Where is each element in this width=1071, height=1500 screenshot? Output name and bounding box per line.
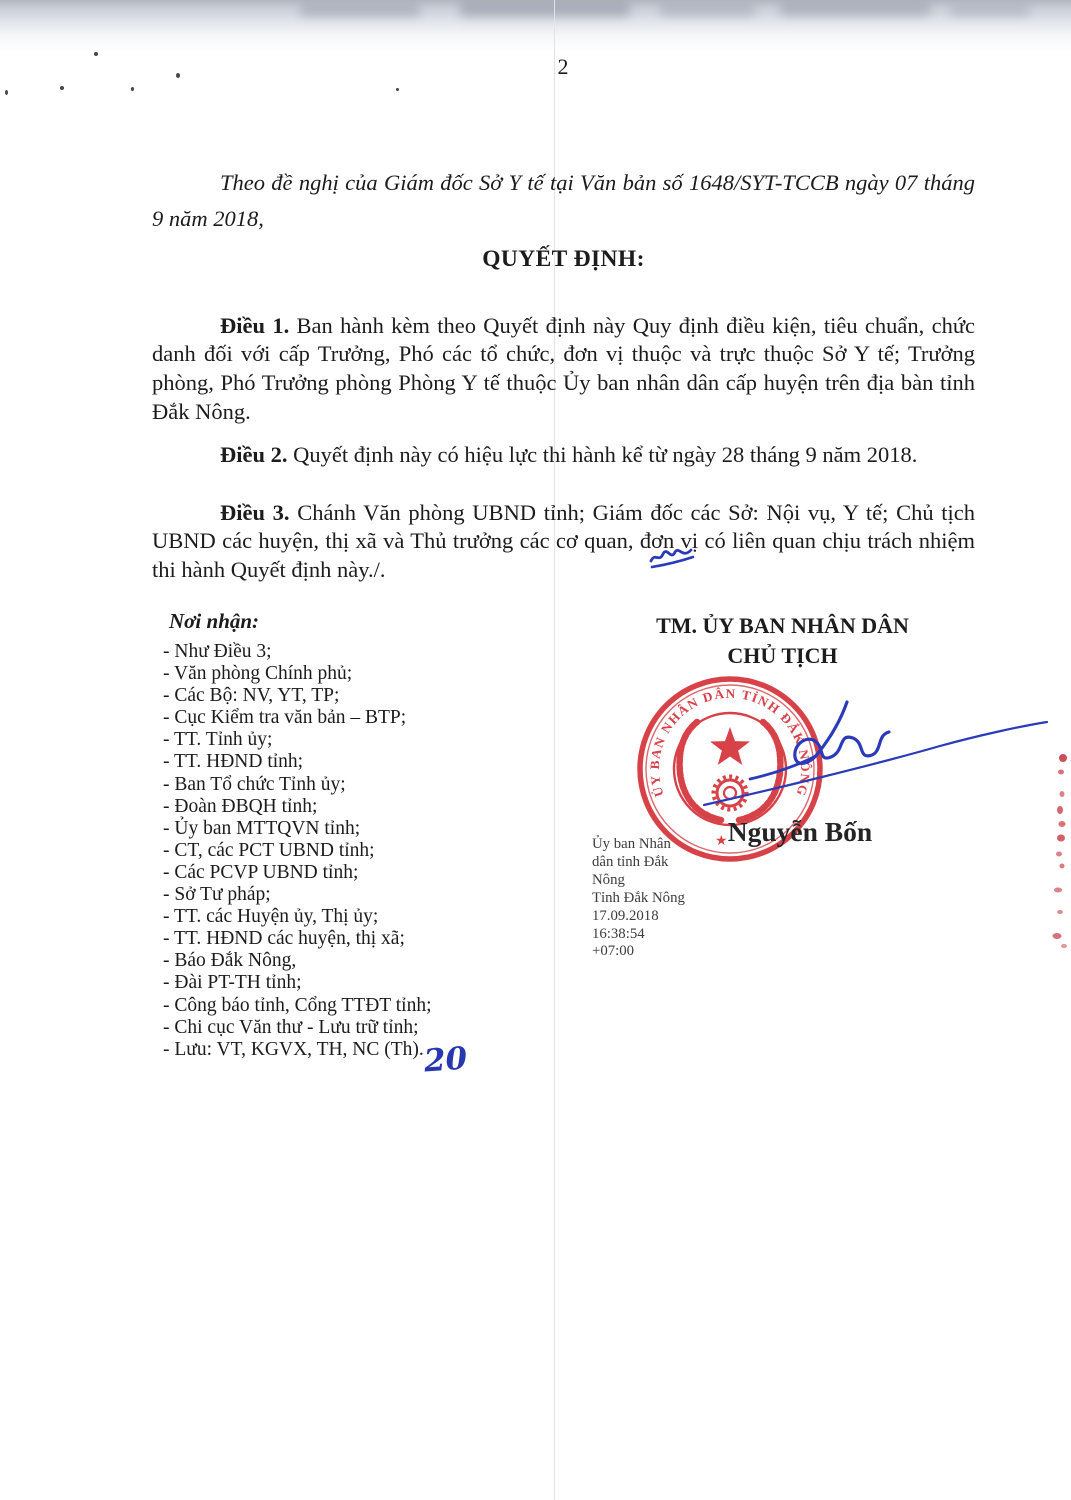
bleedthrough-smudge [300,4,420,17]
stamp-line: 16:38:54 [592,926,685,944]
article-3-paragraph: Điều 3. Chánh Văn phòng UBND tỉnh; Giám … [152,499,975,585]
handwritten-copy-count: 20 [423,1041,469,1080]
recipient-item: - Cục Kiểm tra văn bản – BTP; [163,707,503,729]
stamp-line: Ủy ban Nhân [592,836,685,854]
recipient-item: - Báo Đắk Nông, [163,950,503,972]
stamp-line: Tỉnh Đắk Nông [592,890,685,908]
recipient-item: - Ủy ban MTTQVN tỉnh; [163,818,503,840]
digital-signature-stamp: Ủy ban Nhân dân tỉnh Đắk Nông Tỉnh Đắk N… [592,836,685,961]
recipient-item: - Đài PT-TH tỉnh; [163,972,503,994]
recipient-item: - Sở Tư pháp; [163,884,503,906]
recipient-item: - CT, các PCT UBND tỉnh; [163,840,503,862]
article-2-text: Quyết định này có hiệu lực thi hành kể t… [288,442,918,467]
recipient-item: - Công báo tỉnh, Cổng TTĐT tỉnh; [163,995,503,1017]
recipients-list: - Như Điều 3;- Văn phòng Chính phủ;- Các… [163,641,503,1061]
dust-speck [176,73,180,78]
bleedthrough-smudge [460,2,630,17]
recipient-item: - Chi cục Văn thư - Lưu trữ tỉnh; [163,1017,503,1039]
dust-speck [94,52,98,56]
recipient-item: - TT. HĐND các huyện, thị xã; [163,928,503,950]
handwritten-signature [610,658,1070,833]
pen-initials-mark [648,543,700,575]
dust-speck [131,87,134,91]
stamp-line: 17.09.2018 [592,908,685,926]
dust-speck [5,90,8,95]
bleedthrough-smudge [660,5,755,16]
recipient-item: - TT. HĐND tỉnh; [163,751,503,773]
recipient-item: - TT. Tỉnh ủy; [163,729,503,751]
bleedthrough-smudge [950,6,1030,16]
dust-speck [60,86,64,90]
stamp-line: Nông [592,872,685,890]
intro-paragraph: Theo đề nghị của Giám đốc Sở Y tế tại Vă… [152,165,975,237]
decision-heading: QUYẾT ĐỊNH: [152,246,975,273]
recipient-item: - Các Bộ: NV, YT, TP; [163,685,503,707]
article-2-label: Điều 2. [220,442,288,467]
authority-line: TM. ỦY BAN NHÂN DÂN [600,611,965,641]
recipient-item: - TT. các Huyện ủy, Thị ủy; [163,906,503,928]
article-1-paragraph: Điều 1. Ban hành kèm theo Quyết định này… [152,312,975,427]
recipients-title: Nơi nhận: [169,609,503,634]
scanned-document-page: { "page": { "number": "2", "intro": "The… [0,0,1071,1500]
stamp-line: +07:00 [592,943,685,961]
article-2-paragraph: Điều 2. Quyết định này có hiệu lực thi h… [152,441,975,470]
recipient-item: - Như Điều 3; [163,641,503,663]
bleedthrough-smudge [780,3,930,16]
recipient-item: - Ban Tổ chức Tỉnh ủy; [163,774,503,796]
recipient-item: - Văn phòng Chính phủ; [163,663,503,685]
recipients-block: Nơi nhận: - Như Điều 3;- Văn phòng Chính… [163,609,503,1061]
recipient-item: - Các PCVP UBND tỉnh; [163,862,503,884]
recipient-item: - Đoàn ĐBQH tỉnh; [163,796,503,818]
article-1-label: Điều 1. [220,313,289,338]
dust-speck [396,88,399,91]
stamp-line: dân tỉnh Đắk [592,854,685,872]
article-3-label: Điều 3. [220,500,290,525]
page-number: 2 [540,54,586,80]
